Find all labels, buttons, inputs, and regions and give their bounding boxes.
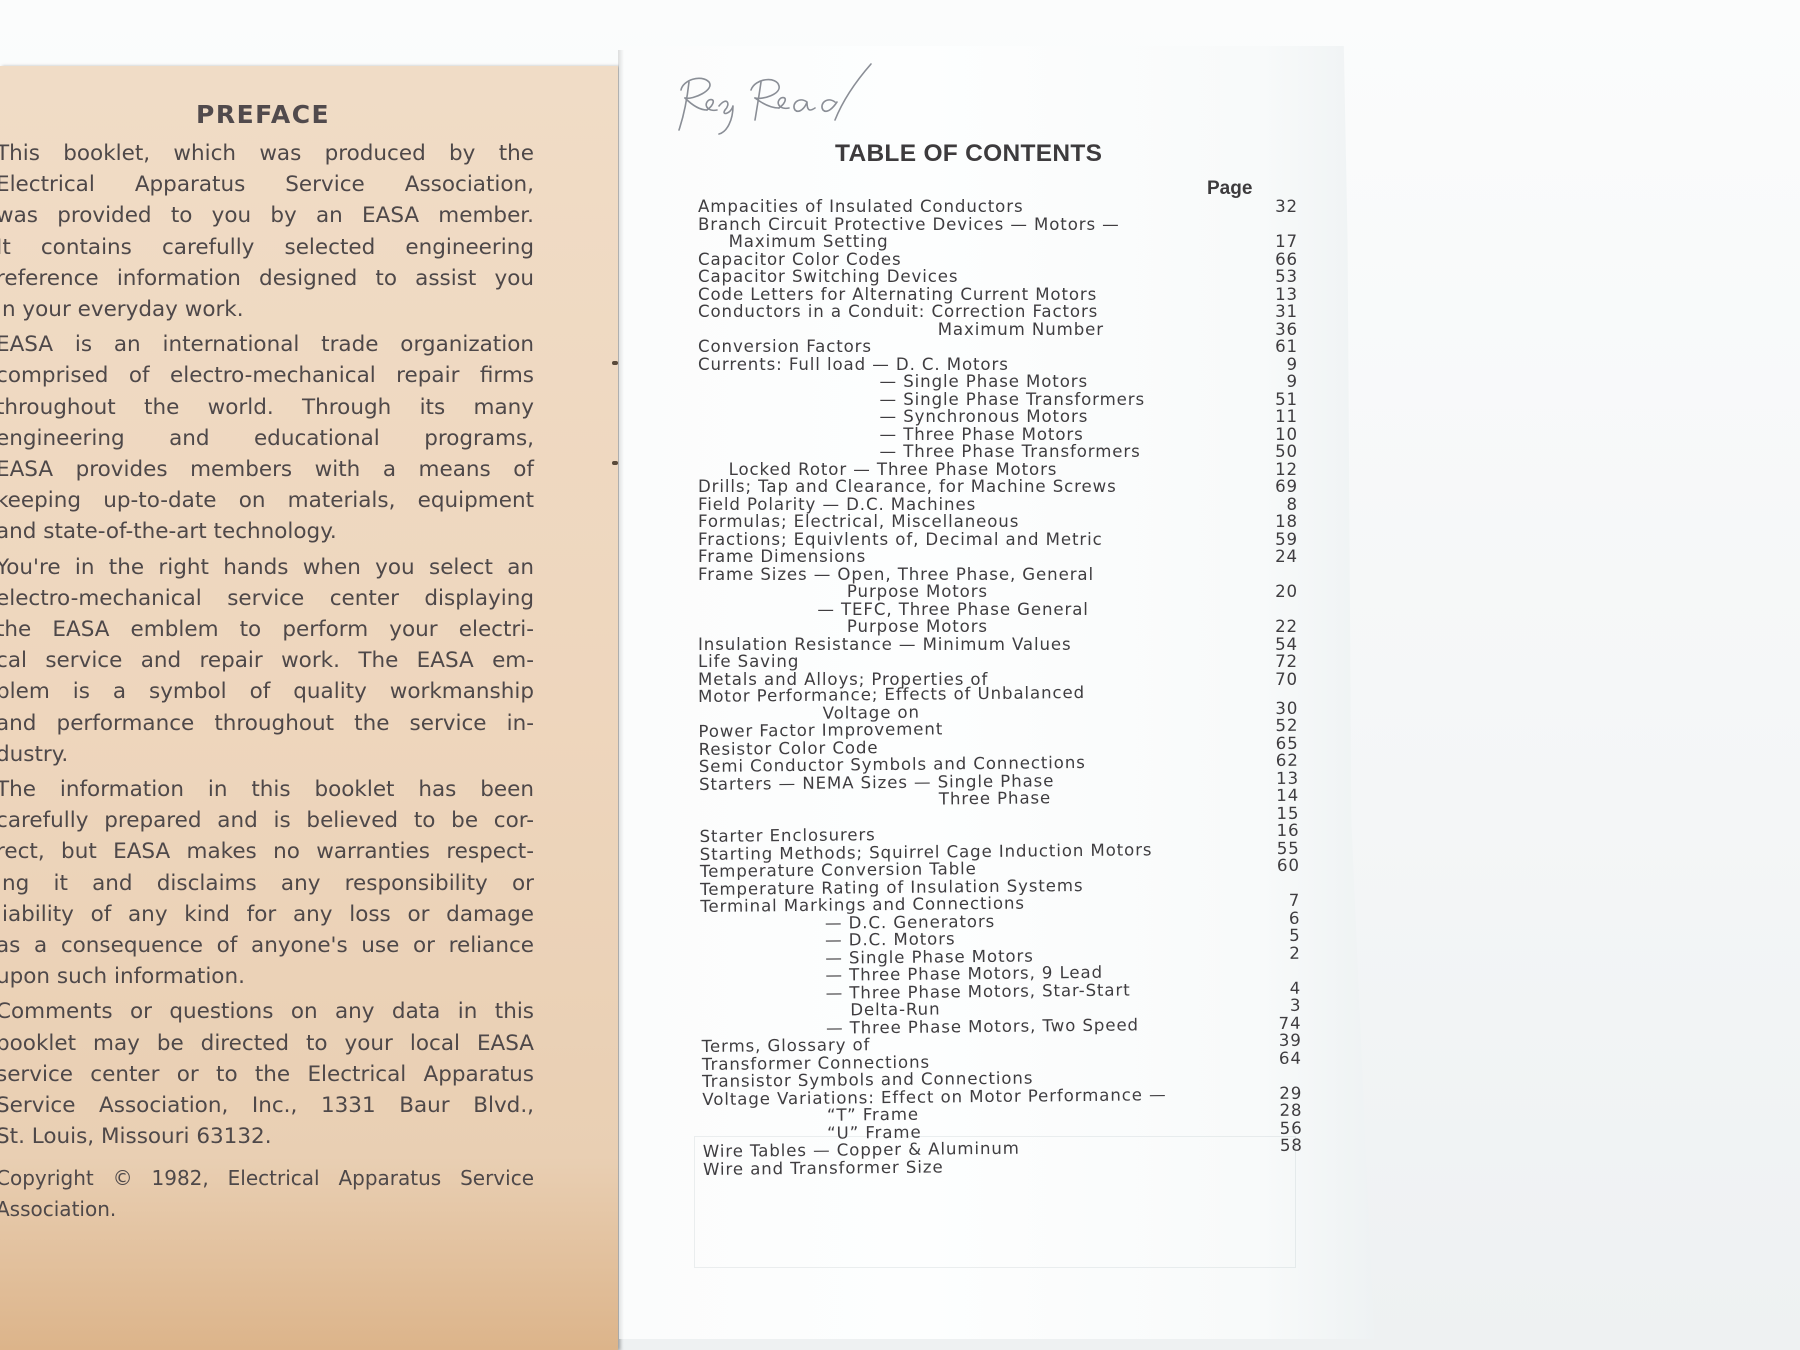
toc-entry: Locked Rotor — Three Phase Motors12: [698, 461, 1298, 479]
toc-entry: Currents: Full load — D. C. Motors9: [698, 356, 1298, 374]
toc-entry: Maximum Setting17: [698, 233, 1298, 251]
toc-entry-title: Capacitor Switching Devices: [698, 268, 958, 286]
toc-entry-title: — Single Phase Motors: [698, 373, 1088, 391]
toc-entry: Maximum Number36: [698, 321, 1298, 339]
toc-page-number: 39: [1262, 1032, 1302, 1050]
page-column-header: Page: [1207, 178, 1252, 200]
toc-entry: Life Saving72: [698, 653, 1298, 671]
preface-line: electro-mechanical service center displa…: [0, 583, 534, 614]
toc-entry-title: Maximum Setting: [698, 233, 889, 251]
toc-page-number: 5: [1261, 927, 1301, 945]
toc-entry: — Synchronous Motors11: [698, 408, 1298, 426]
toc-entry-title: — Single Phase Transformers: [698, 391, 1145, 409]
toc-entry: Capacitor Switching Devices53: [698, 268, 1298, 286]
toc-page-number: 65: [1259, 734, 1299, 752]
toc-entry: Ampacities of Insulated Conductors32: [698, 198, 1298, 216]
photo-scene: PREFACE This booklet, which was produced…: [0, 0, 1800, 1350]
handwritten-signature: Reg Read: [671, 60, 881, 150]
toc-page-number: 20: [1258, 583, 1298, 601]
preface-line: and performance throughout the service i…: [0, 708, 534, 739]
toc-entry: Formulas; Electrical, Miscellaneous18: [698, 513, 1298, 531]
preface-line: The information in this booklet has been: [0, 774, 534, 805]
preface-line: the EASA emblem to perform your electri-: [0, 614, 534, 645]
preface-paragraph: The information in this booklet has been…: [0, 774, 534, 992]
toc-entry-title: Wire and Transformer Size: [703, 1158, 944, 1178]
toc-page-number: 12: [1258, 461, 1298, 479]
toc-entry-title: Frame Dimensions: [698, 548, 866, 566]
toc-entry: Purpose Motors20: [698, 583, 1298, 601]
toc-page-number: 28: [1262, 1102, 1302, 1120]
preface-line: throughout the world. Through its many: [0, 392, 534, 423]
toc-entry-title: Fractions; Equivlents of, Decimal and Me…: [698, 531, 1103, 549]
preface-line: This booklet, which was produced by the: [0, 138, 534, 169]
preface-line: as a consequence of anyone's use or reli…: [0, 930, 534, 961]
toc-entry-title: Ampacities of Insulated Conductors: [698, 198, 1024, 216]
toc-page-number: 11: [1258, 408, 1298, 426]
toc-entry-title: Formulas; Electrical, Miscellaneous: [698, 513, 1019, 531]
toc-entry: Fractions; Equivlents of, Decimal and Me…: [698, 531, 1298, 549]
toc-page-number: 64: [1262, 1049, 1302, 1067]
toc-page-number: 30: [1258, 699, 1298, 717]
copyright-notice: Copyright © 1982, Electrical Apparatus S…: [0, 1163, 534, 1225]
toc-page-number: 8: [1258, 496, 1298, 514]
toc-entry-title: Maximum Number: [698, 321, 1104, 339]
toc-entry-title: Field Polarity — D.C. Machines: [698, 496, 976, 514]
toc-entry-title: Code Letters for Alternating Current Mot…: [698, 286, 1097, 304]
toc-entry: Frame Sizes — Open, Three Phase, General: [698, 566, 1298, 584]
preface-line: carefully prepared and is believed to be…: [0, 805, 534, 836]
preface-line: and state-of-the-art technology.: [0, 516, 534, 547]
preface-line: keeping up-to-date on materials, equipme…: [0, 485, 534, 516]
preface-line: St. Louis, Missouri 63132.: [0, 1121, 534, 1152]
toc-page-number: 32: [1258, 198, 1298, 216]
toc-page-number: 50: [1258, 443, 1298, 461]
preface-paragraph: This booklet, which was produced by theE…: [0, 138, 534, 325]
toc-page-number: 60: [1260, 857, 1300, 875]
toc-page-number: 58: [1263, 1137, 1303, 1155]
toc-entry-title: Drills; Tap and Clearance, for Machine S…: [698, 478, 1117, 496]
preface-line: cal service and repair work. The EASA em…: [0, 645, 534, 676]
toc-entry-title: Life Saving: [698, 653, 799, 671]
toc-page-number: 7: [1260, 892, 1300, 910]
preface-page: PREFACE This booklet, which was produced…: [0, 66, 618, 1350]
toc-page-number: 14: [1259, 787, 1299, 805]
toc-page-number: 69: [1258, 478, 1298, 496]
preface-line: It contains carefully selected engineeri…: [0, 232, 534, 263]
toc-page-number: 15: [1259, 804, 1299, 822]
toc-page-number: 52: [1258, 717, 1298, 735]
preface-body: This booklet, which was produced by theE…: [0, 138, 534, 1229]
toc-entry: Field Polarity — D.C. Machines8: [698, 496, 1298, 514]
preface-line: rect, but EASA makes no warranties respe…: [0, 836, 534, 867]
toc-page-number: 72: [1258, 653, 1298, 671]
toc-entry: — Three Phase Transformers50: [698, 443, 1298, 461]
preface-line: Comments or questions on any data in thi…: [0, 996, 534, 1027]
preface-line: booklet may be directed to your local EA…: [0, 1028, 534, 1059]
toc-entry: — Three Phase Motors10: [698, 426, 1298, 444]
toc-entry-title: — Synchronous Motors: [698, 408, 1088, 426]
preface-line: blem is a symbol of quality workmanship: [0, 676, 534, 707]
toc-entry: Conversion Factors61: [698, 338, 1298, 356]
toc-page-number: 36: [1258, 321, 1298, 339]
toc-page-number: 31: [1258, 303, 1298, 321]
preface-paragraph: You're in the right hands when you selec…: [0, 552, 534, 770]
toc-page-number: 13: [1259, 769, 1299, 787]
toc-page-number: 51: [1258, 391, 1298, 409]
preface-line: EASA is an international trade organizat…: [0, 329, 534, 360]
preface-paragraph: EASA is an international trade organizat…: [0, 329, 534, 547]
toc-page-number: 17: [1258, 233, 1298, 251]
copyright-line: Association.: [0, 1194, 534, 1225]
toc-entry-title: Frame Sizes — Open, Three Phase, General: [698, 566, 1094, 584]
preface-paragraph: Comments or questions on any data in thi…: [0, 996, 534, 1152]
toc-page-number: 9: [1258, 373, 1298, 391]
toc-entry: Conductors in a Conduit: Correction Fact…: [698, 303, 1298, 321]
toc-entry: Branch Circuit Protective Devices — Moto…: [698, 216, 1298, 234]
toc-page-number: 55: [1260, 839, 1300, 857]
toc-entry-title: — TEFC, Three Phase General: [698, 601, 1089, 619]
toc-page-number: 18: [1258, 513, 1298, 531]
toc-page-number: 10: [1258, 426, 1298, 444]
toc-page-number: 2: [1261, 944, 1301, 962]
toc-entry: Frame Dimensions24: [698, 548, 1298, 566]
toc-list: Ampacities of Insulated Conductors32Bran…: [698, 198, 1298, 1178]
toc-entry-title: Purpose Motors: [698, 583, 988, 601]
toc-page-number: 62: [1259, 752, 1299, 770]
toc-page-number: 3: [1261, 997, 1301, 1015]
preface-line: in your everyday work.: [0, 294, 534, 325]
toc-entry-title: Purpose Motors: [698, 618, 988, 636]
toc-entry: — Single Phase Motors9: [698, 373, 1298, 391]
toc-entry: — TEFC, Three Phase General: [698, 601, 1298, 619]
toc-page-number: 74: [1261, 1014, 1301, 1032]
toc-page-number: 29: [1262, 1084, 1302, 1102]
toc-entry-title: Conversion Factors: [698, 338, 872, 356]
preface-line: comprised of electro-mechanical repair f…: [0, 360, 534, 391]
toc-page-number: 22: [1258, 618, 1298, 636]
toc-page-number: 59: [1258, 531, 1298, 549]
preface-line: engineering and educational programs,: [0, 423, 534, 454]
toc-page-number: 61: [1258, 338, 1298, 356]
toc-page-number: 24: [1258, 548, 1298, 566]
toc-page-number: 13: [1258, 286, 1298, 304]
toc-entry-title: Conductors in a Conduit: Correction Fact…: [698, 303, 1098, 321]
preface-line: upon such information.: [0, 961, 534, 992]
toc-page-number: 6: [1260, 909, 1300, 927]
toc-entry-title: — Three Phase Transformers: [698, 443, 1141, 461]
preface-line: reference information designed to assist…: [0, 263, 534, 294]
toc-entry-title: Currents: Full load — D. C. Motors: [698, 356, 1009, 374]
preface-line: dustry.: [0, 739, 534, 770]
table-of-contents-page: Reg Read TABLE OF CONTENTS Page Ampaciti…: [619, 46, 1374, 1339]
toc-entry-title: Capacitor Color Codes: [698, 251, 902, 269]
toc-page-number: 16: [1259, 822, 1299, 840]
toc-title: TABLE OF CONTENTS: [835, 140, 1102, 168]
copyright-line: Copyright © 1982, Electrical Apparatus S…: [0, 1163, 534, 1194]
toc-entry: Purpose Motors22: [698, 618, 1298, 636]
preface-line: ing it and disclaims any responsibility …: [0, 868, 534, 899]
preface-title: PREFACE: [196, 100, 330, 129]
preface-line: was provided to you by an EASA member.: [0, 200, 534, 231]
toc-entry: Code Letters for Alternating Current Mot…: [698, 286, 1298, 304]
toc-page-number: 53: [1258, 268, 1298, 286]
toc-entry: Capacitor Color Codes66: [698, 251, 1298, 269]
toc-page-number: 66: [1258, 251, 1298, 269]
toc-entry-title: Locked Rotor — Three Phase Motors: [698, 461, 1057, 479]
preface-line: liability of any kind for any loss or da…: [0, 899, 534, 930]
toc-page-number: 54: [1258, 636, 1298, 654]
toc-page-number: 4: [1261, 979, 1301, 997]
toc-page-number: 9: [1258, 356, 1298, 374]
preface-line: You're in the right hands when you selec…: [0, 552, 534, 583]
toc-lower-block: Motor Performance; Effects of Unbalanced…: [698, 682, 1303, 1178]
preface-line: EASA provides members with a means of: [0, 454, 534, 485]
toc-entry: — Single Phase Transformers51: [698, 391, 1298, 409]
preface-line: Electrical Apparatus Service Association…: [0, 169, 534, 200]
preface-line: service center or to the Electrical Appa…: [0, 1059, 534, 1090]
toc-entry: Drills; Tap and Clearance, for Machine S…: [698, 478, 1298, 496]
toc-entry-title: Insulation Resistance — Minimum Values: [698, 636, 1072, 654]
toc-page-number: 56: [1263, 1119, 1303, 1137]
toc-entry-title: — Three Phase Motors: [698, 426, 1084, 444]
spine-shadow: [618, 50, 624, 1350]
toc-entry: Insulation Resistance — Minimum Values54: [698, 636, 1298, 654]
preface-line: Service Association, Inc., 1331 Baur Blv…: [0, 1090, 534, 1121]
toc-entry-title: Branch Circuit Protective Devices — Moto…: [698, 216, 1120, 234]
